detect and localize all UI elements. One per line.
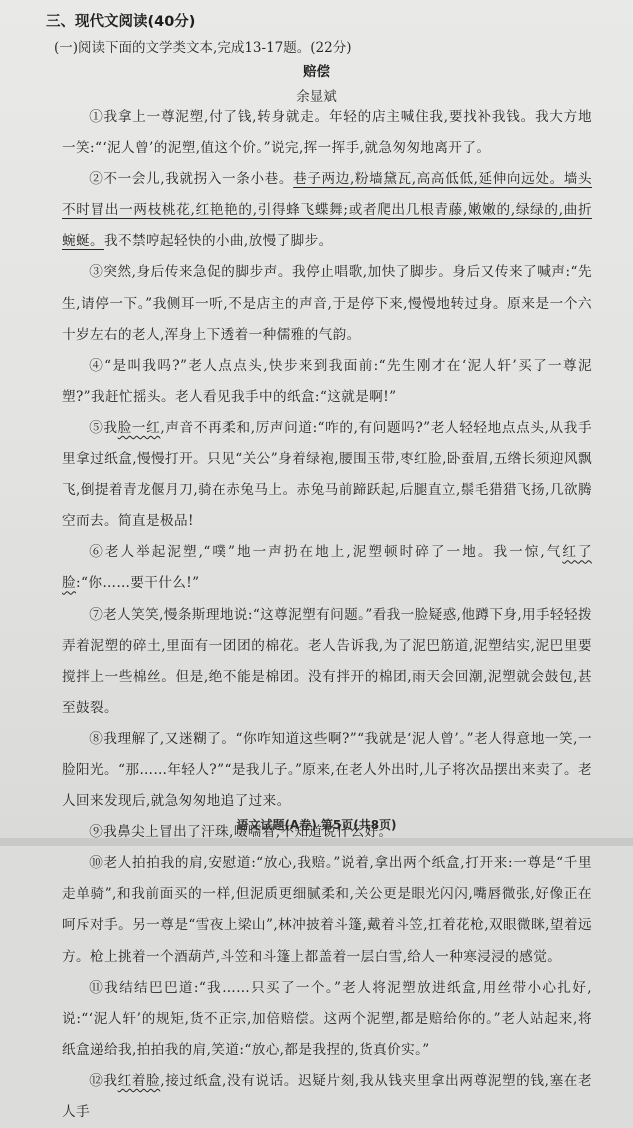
paragraph-8: ⑧我理解了,又迷糊了。“你咋知道这些啊?”“我就是‘泥人曾’。”老人得意地一笑,… xyxy=(62,724,592,817)
page-bottom-edge xyxy=(0,838,633,846)
paragraph-2: ②不一会儿,我就拐入一条小巷。巷子两边,粉墙黛瓦,高高低低,延伸向远处。墙头不时… xyxy=(62,164,592,257)
page-footer: 语文试题(A卷) 第5页(共8页) xyxy=(0,816,633,833)
paragraph-text: ④“是叫我吗?”老人点点头,快步来到我面前:“先生刚才在‘泥人轩’买了一尊泥塑?… xyxy=(62,358,592,405)
section-title: 三、现代文阅读(40分) xyxy=(46,10,195,31)
paragraph-text: :“你……要干什么!” xyxy=(76,575,200,591)
paragraph-5: ⑤我脸一红,声音不再柔和,厉声问道:“咋的,有问题吗?”老人轻轻地点点头,从我手… xyxy=(62,413,592,537)
paragraph-text: ⑦老人笑笑,慢条斯理地说:“这尊泥塑有问题。”看我一脸疑惑,他蹲下身,用手轻轻拨… xyxy=(62,607,592,716)
paragraph-1: ①我拿上一尊泥塑,付了钱,转身就走。年轻的店主喊住我,要找补我钱。我大方地一笑:… xyxy=(62,102,592,164)
article-title: 赔偿 xyxy=(0,60,633,80)
paragraph-text: ,声音不再柔和,厉声问道:“咋的,有问题吗?”老人轻轻地点点头,从我手里拿过纸盒… xyxy=(62,420,592,529)
paragraph-text: ①我拿上一尊泥塑,付了钱,转身就走。年轻的店主喊住我,要找补我钱。我大方地一笑:… xyxy=(62,109,592,156)
paragraph-text: ②不一会儿,我就拐入一条小巷。 xyxy=(89,171,293,187)
paragraph-7: ⑦老人笑笑,慢条斯理地说:“这尊泥塑有问题。”看我一脸疑惑,他蹲下身,用手轻轻拨… xyxy=(62,600,592,724)
paragraph-text: ③突然,身后传来急促的脚步声。我停止唱歌,加快了脚步。身后又传来了喊声:“先生,… xyxy=(62,264,592,342)
paragraph-text: ⑥老人举起泥塑,“噗”地一声扔在地上,泥塑顿时碎了一地。我一惊,气 xyxy=(89,544,562,560)
exam-page: 三、现代文阅读(40分) (一)阅读下面的文学类文本,完成13-17题。(22分… xyxy=(0,0,633,846)
paragraph-6: ⑥老人举起泥塑,“噗”地一声扔在地上,泥塑顿时碎了一地。我一惊,气红了脸:“你…… xyxy=(62,537,592,599)
paragraph-3: ③突然,身后传来急促的脚步声。我停止唱歌,加快了脚步。身后又传来了喊声:“先生,… xyxy=(62,257,592,350)
paragraph-text: 我不禁哼起轻快的小曲,放慢了脚步。 xyxy=(104,233,333,249)
sub-title: (一)阅读下面的文学类文本,完成13-17题。(22分) xyxy=(54,36,351,56)
paragraph-4: ④“是叫我吗?”老人点点头,快步来到我面前:“先生刚才在‘泥人轩’买了一尊泥塑?… xyxy=(62,351,592,413)
article-body: ①我拿上一尊泥塑,付了钱,转身就走。年轻的店主喊住我,要找补我钱。我大方地一笑:… xyxy=(62,102,592,846)
paragraph-text: ⑤我 xyxy=(89,420,117,436)
wavy-underlined-phrase: 脸一红 xyxy=(118,420,161,436)
paragraph-text: ⑧我理解了,又迷糊了。“你咋知道这些啊?”“我就是‘泥人曾’。”老人得意地一笑,… xyxy=(62,731,592,809)
